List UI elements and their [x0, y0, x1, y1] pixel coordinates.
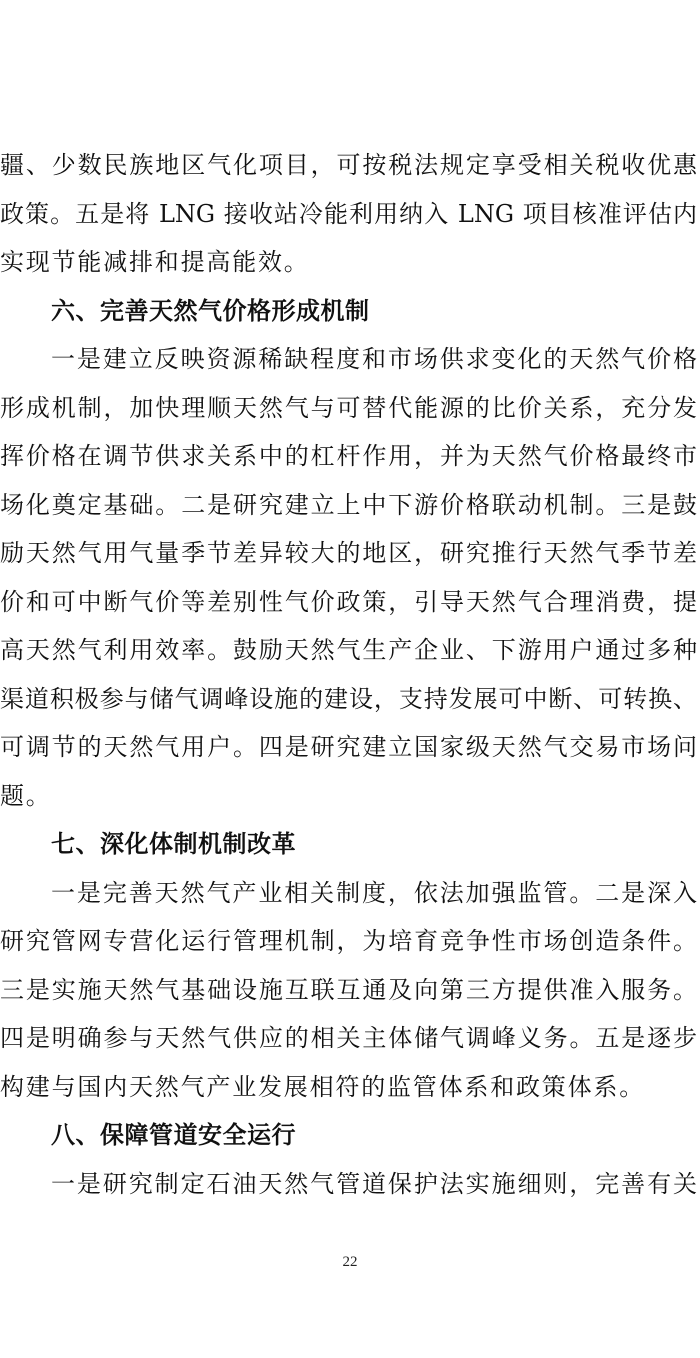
body-line-paragraph-start: 一是研究制定石油天然气管道保护法实施细则，完善有关 [0, 1160, 697, 1209]
body-line-paragraph-end: 构建与国内天然气产业发展相符的监管体系和政策体系。 [0, 1063, 697, 1112]
body-line: 高天然气利用效率。鼓励天然气生产企业、下游用户通过多种 [0, 626, 697, 675]
body-line: 场化奠定基础。二是研究建立上中下游价格联动机制。三是鼓 [0, 481, 697, 530]
document-page: 疆、少数民族地区气化项目，可按税法规定享受相关税收优惠 政策。五是将 LNG 接… [0, 141, 697, 1208]
section-heading-6: 六、完善天然气价格形成机制 [0, 287, 697, 336]
body-line: 研究管网专营化运行管理机制，为培育竞争性市场创造条件。 [0, 917, 697, 966]
body-line: 可调节的天然气用户。四是研究建立国家级天然气交易市场问 [0, 723, 697, 772]
body-line: 三是实施天然气基础设施互联互通及向第三方提供准入服务。 [0, 966, 697, 1015]
body-line: 渠道积极参与储气调峰设施的建设，支持发展可中断、可转换、 [0, 675, 697, 724]
body-line: 四是明确参与天然气供应的相关主体储气调峰义务。五是逐步 [0, 1014, 697, 1063]
section-heading-7: 七、深化体制机制改革 [0, 820, 697, 869]
section-heading-8: 八、保障管道安全运行 [0, 1111, 697, 1160]
body-line-paragraph-end: 实现节能减排和提高能效。 [0, 238, 697, 287]
body-line: 价和可中断气价等差别性气价政策，引导天然气合理消费，提 [0, 578, 697, 627]
body-line-paragraph-start: 一是完善天然气产业相关制度，依法加强监管。二是深入 [0, 869, 697, 918]
body-line: 疆、少数民族地区气化项目，可按税法规定享受相关税收优惠 [0, 141, 697, 190]
body-line: 形成机制，加快理顺天然气与可替代能源的比价关系，充分发 [0, 384, 697, 433]
body-line: 政策。五是将 LNG 接收站冷能利用纳入 LNG 项目核准评估内容， [0, 190, 697, 239]
body-line: 励天然气用气量季节差异较大的地区，研究推行天然气季节差 [0, 529, 697, 578]
body-line-paragraph-end: 题。 [0, 772, 697, 821]
body-line: 挥价格在调节供求关系中的杠杆作用，并为天然气价格最终市 [0, 432, 697, 481]
page-number: 22 [0, 1254, 700, 1271]
body-line-paragraph-start: 一是建立反映资源稀缺程度和市场供求变化的天然气价格 [0, 335, 697, 384]
